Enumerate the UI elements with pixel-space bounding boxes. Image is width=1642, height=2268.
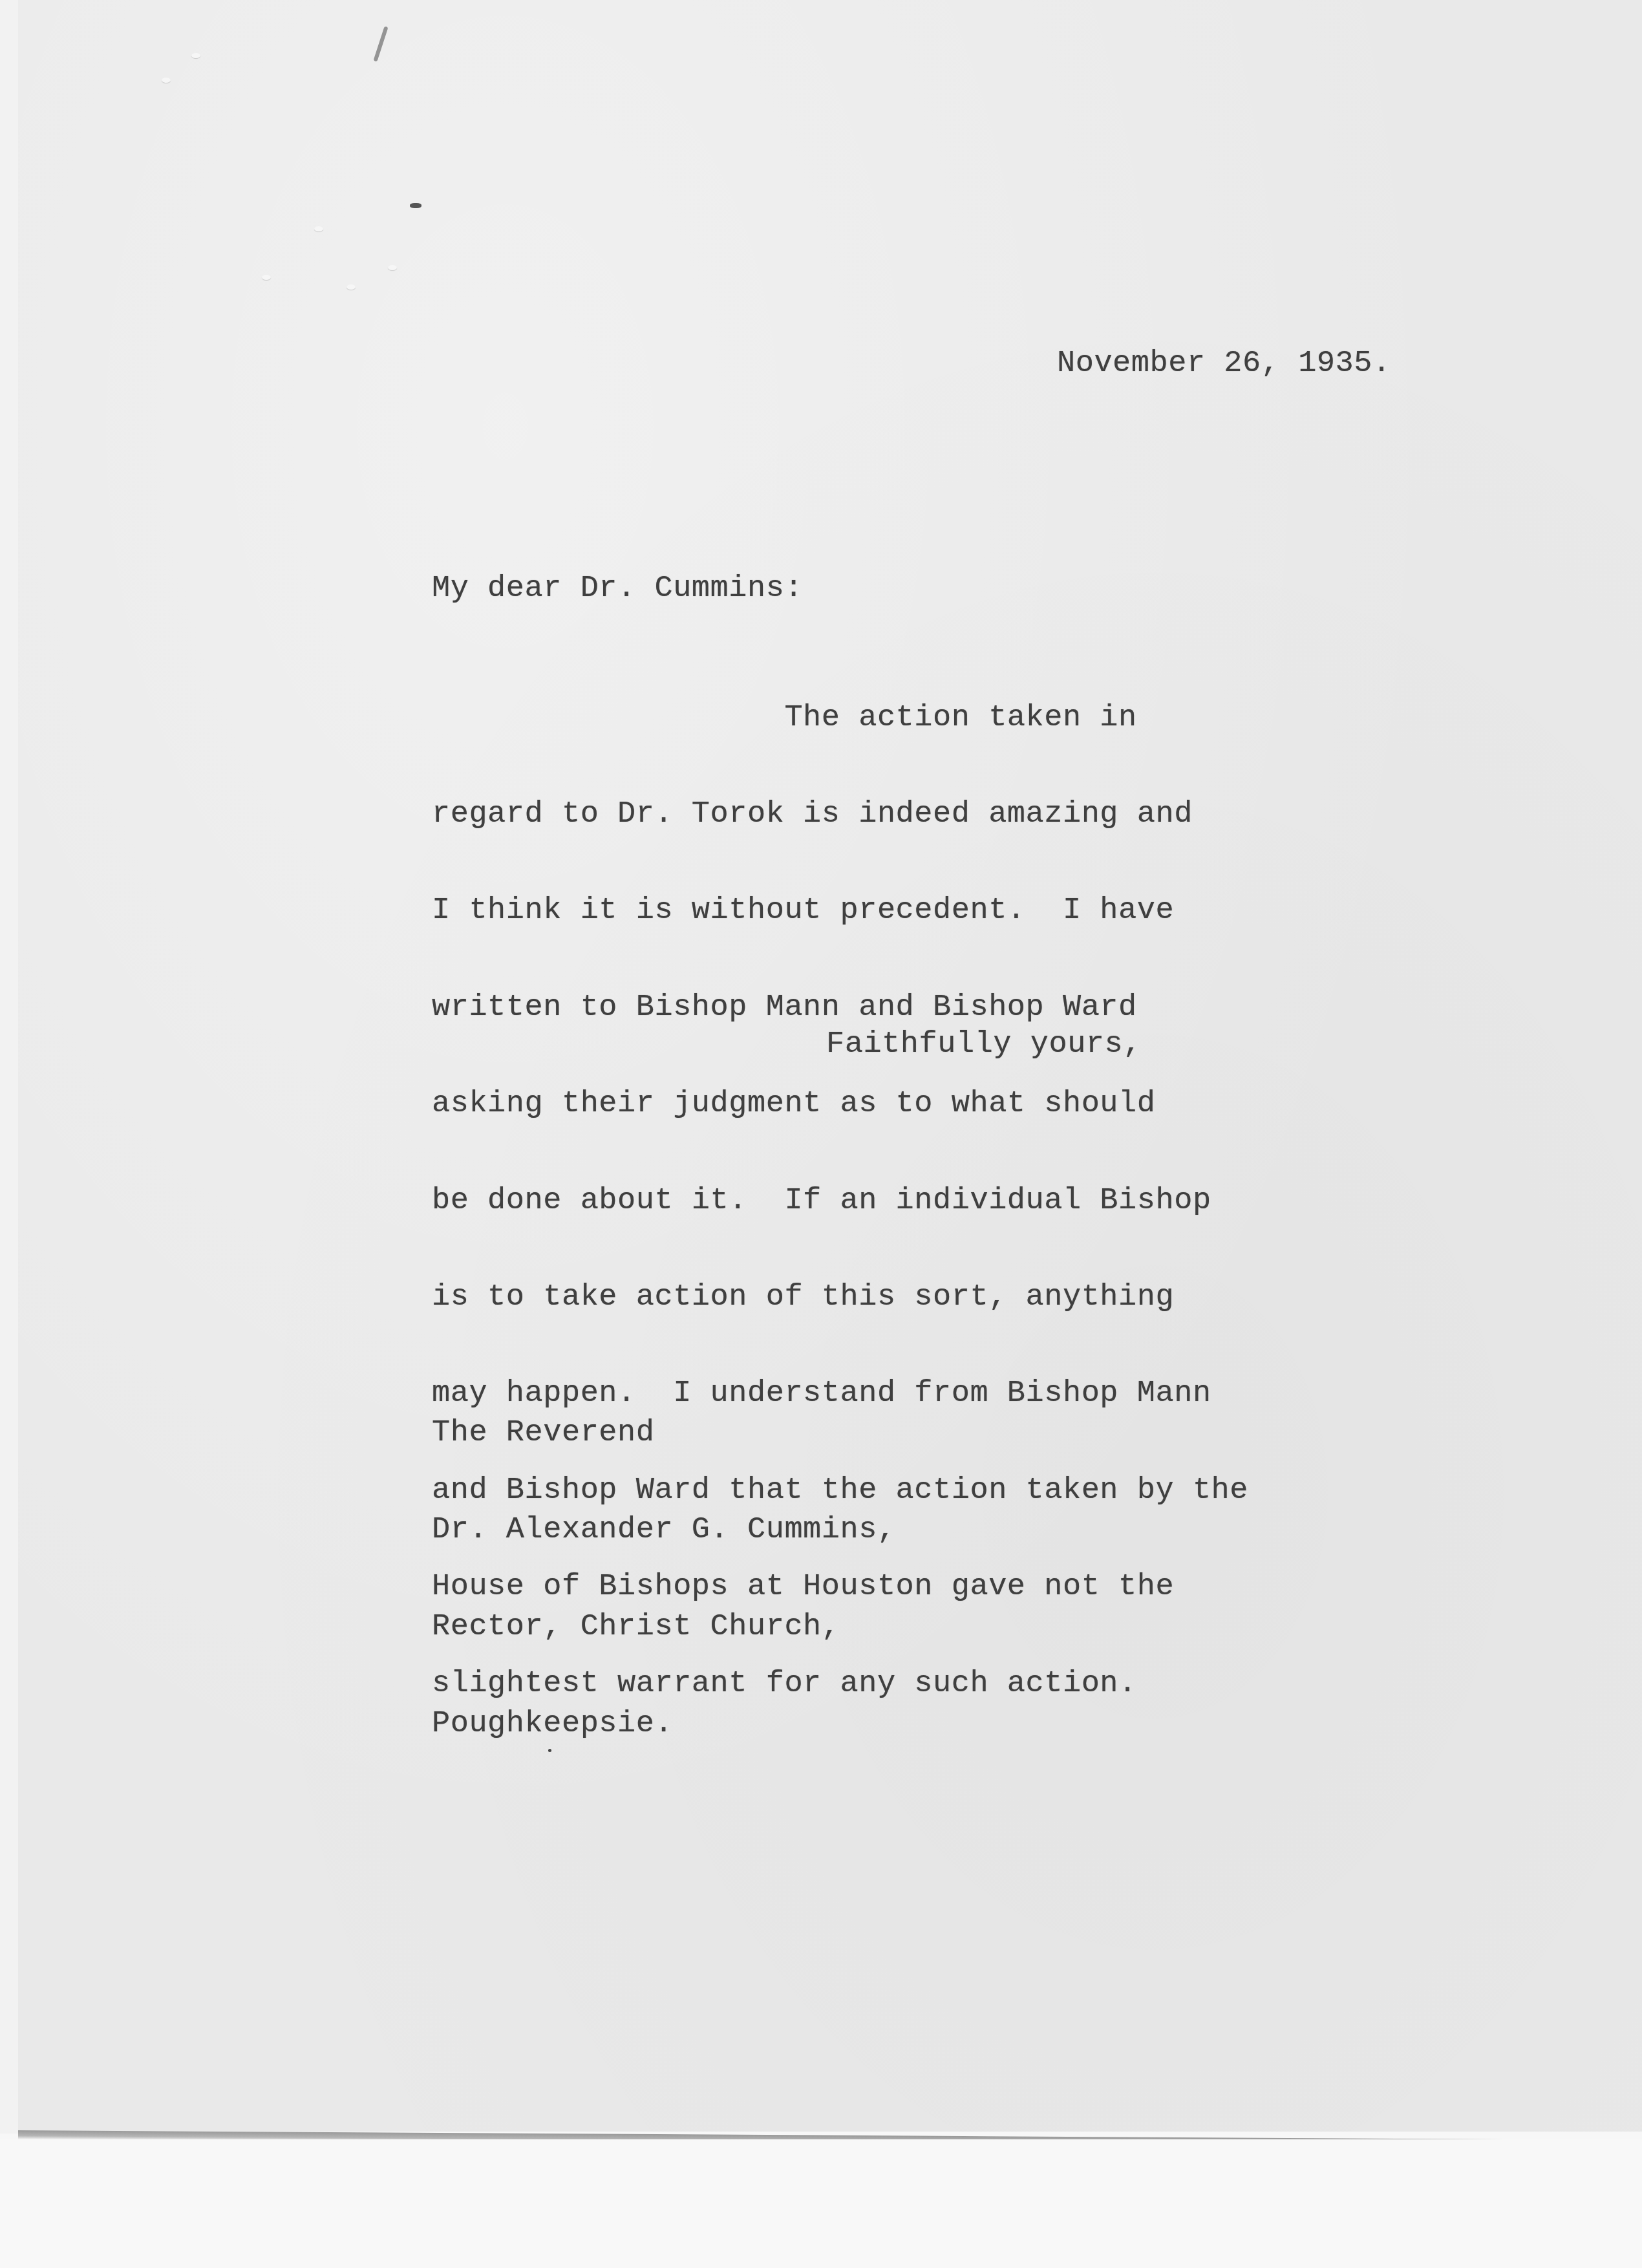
- body-line: I think it is without precedent. I have: [432, 895, 1248, 927]
- paper-dent: [388, 265, 397, 270]
- address-line: Poughkeepsie.: [432, 1708, 896, 1740]
- paper-dent: [347, 284, 356, 290]
- paper-dent: [314, 226, 323, 231]
- body-line: written to Bishop Mann and Bishop Ward: [432, 992, 1248, 1024]
- letter-closing: Faithfully yours,: [826, 1029, 1142, 1060]
- body-line: is to take action of this sort, anything: [432, 1281, 1248, 1314]
- scanner-background-left: [0, 0, 18, 2134]
- paper-dent: [262, 275, 271, 280]
- paper-dent: [191, 53, 200, 58]
- letter-date: November 26, 1935.: [1057, 348, 1391, 380]
- recipient-address: The Reverend Dr. Alexander G. Cummins, R…: [432, 1353, 896, 1773]
- ink-speck: [410, 203, 421, 208]
- body-line: asking their judgment as to what should: [432, 1088, 1248, 1120]
- paper-dent: [162, 78, 171, 83]
- address-line: The Reverend: [432, 1417, 896, 1450]
- body-line: regard to Dr. Torok is indeed amazing an…: [432, 798, 1248, 831]
- address-line: Dr. Alexander G. Cummins,: [432, 1514, 896, 1546]
- body-line: be done about it. If an individual Bisho…: [432, 1185, 1248, 1217]
- body-line: The action taken in: [432, 702, 1248, 734]
- address-line: Rector, Christ Church,: [432, 1611, 896, 1643]
- letter-salutation: My dear Dr. Cummins:: [432, 573, 803, 604]
- scanner-background-bottom: [0, 2139, 1642, 2268]
